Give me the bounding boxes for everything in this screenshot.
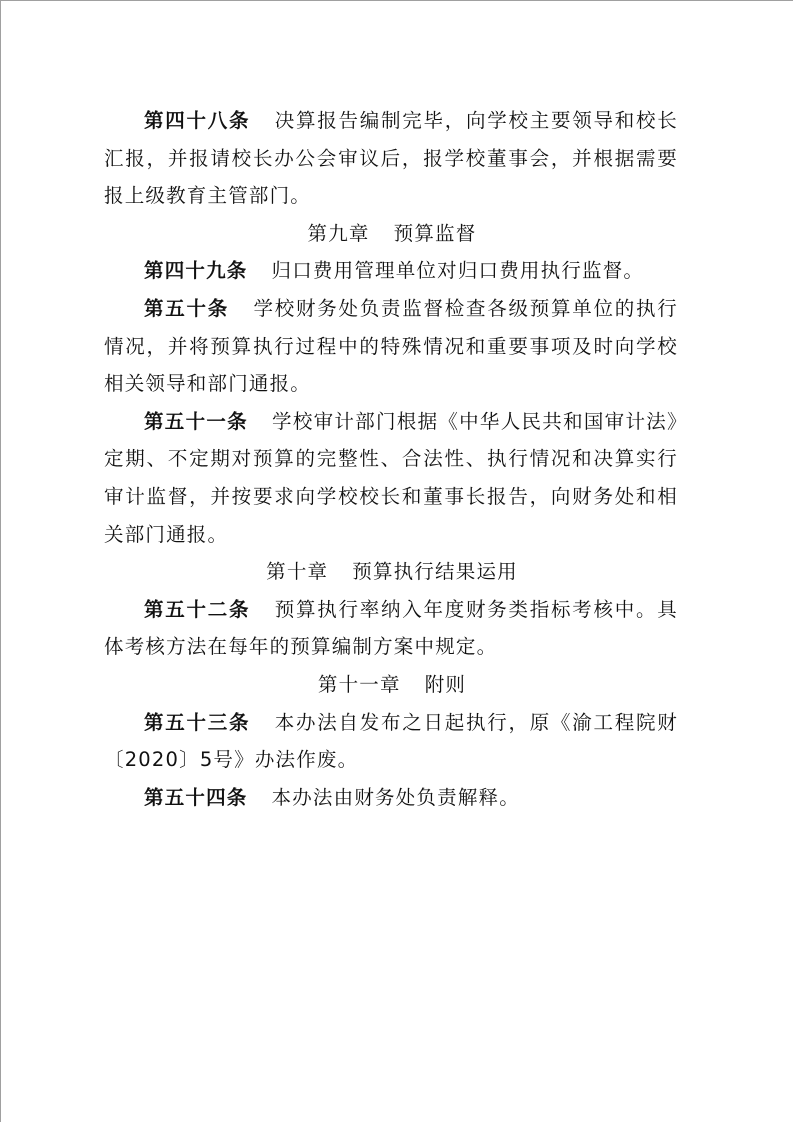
article-number: 第四十九条 xyxy=(144,259,248,282)
article-number: 第四十八条 xyxy=(144,109,250,132)
article-51: 第五十一条学校审计部门根据《中华人民共和国审计法》定期、不定期对预算的完整性、合… xyxy=(104,403,678,553)
article-48: 第四十八条决算报告编制完毕，向学校主要领导和校长汇报，并报请校长办公会审议后，报… xyxy=(104,102,678,215)
article-53: 第五十三条本办法自发布之日起执行，原《渝工程院财〔2020〕5号》办法作废。 xyxy=(104,704,678,779)
chapter-title: 预算监督 xyxy=(394,222,477,245)
article-number: 第五十四条 xyxy=(144,786,248,809)
chapter-title: 附则 xyxy=(425,673,466,696)
article-54: 第五十四条本办法由财务处负责解释。 xyxy=(104,779,678,817)
article-49: 第四十九条归口费用管理单位对归口费用执行监督。 xyxy=(104,252,678,290)
article-number: 第五十三条 xyxy=(144,711,250,734)
article-text: 本办法由财务处负责解释。 xyxy=(272,786,520,809)
chapter-10-heading: 第十章预算执行结果运用 xyxy=(104,553,678,591)
article-text: 归口费用管理单位对归口费用执行监督。 xyxy=(272,259,645,282)
article-number: 第五十二条 xyxy=(144,598,250,621)
chapter-number: 第十一章 xyxy=(318,673,401,696)
article-number: 第五十条 xyxy=(144,297,229,320)
chapter-number: 第九章 xyxy=(308,222,370,245)
article-50: 第五十条学校财务处负责监督检查各级预算单位的执行情况，并将预算执行过程中的特殊情… xyxy=(104,290,678,403)
chapter-number: 第十章 xyxy=(266,560,328,583)
article-number: 第五十一条 xyxy=(144,410,248,433)
document-body: 第四十八条决算报告编制完毕，向学校主要领导和校长汇报，并报请校长办公会审议后，报… xyxy=(104,102,678,816)
article-52: 第五十二条预算执行率纳入年度财务类指标考核中。具体考核方法在每年的预算编制方案中… xyxy=(104,591,678,666)
chapter-title: 预算执行结果运用 xyxy=(352,560,518,583)
document-page: 第四十八条决算报告编制完毕，向学校主要领导和校长汇报，并报请校长办公会审议后，报… xyxy=(0,0,793,1122)
chapter-9-heading: 第九章预算监督 xyxy=(104,215,678,253)
chapter-11-heading: 第十一章附则 xyxy=(104,666,678,704)
